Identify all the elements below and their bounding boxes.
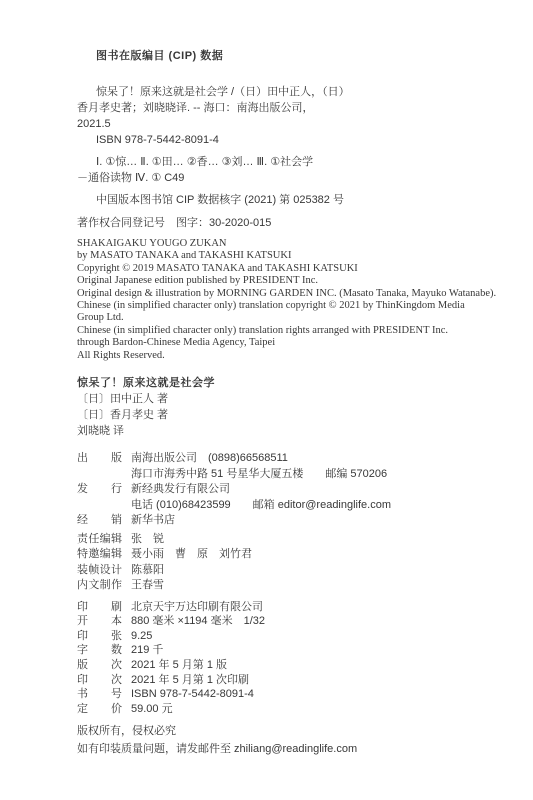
print-spec-row: 版次 2021 年 5 月第 1 版 xyxy=(77,658,515,673)
staff-value: 张 锐 xyxy=(131,532,164,548)
publisher-label: 出版 xyxy=(77,451,122,467)
print-spec-label: 版次 xyxy=(77,658,122,673)
book-colophon-page: 图书在版编目 (CIP) 数据 惊呆了！原来这就是社会学 /（日）田中正人，（日… xyxy=(0,0,533,800)
print-spec-value: 59.00 元 xyxy=(131,702,173,717)
print-spec-row: 印次 2021 年 5 月第 1 次印刷 xyxy=(77,673,515,688)
cip-heading: 图书在版编目 (CIP) 数据 xyxy=(77,48,515,64)
copyright-line: All Rights Reserved. xyxy=(77,350,515,362)
author-line: 〔日〕香月孝史 著 xyxy=(77,407,515,423)
title-block: 惊呆了！原来这就是社会学 〔日〕田中正人 著 〔日〕香月孝史 著 刘晓晓 译 xyxy=(77,375,515,439)
staff-value: 聂小雨 曹 原 刘竹君 xyxy=(131,547,252,563)
staff-row: 特邀编辑 聂小雨 曹 原 刘竹君 xyxy=(77,547,515,563)
cip-classification-line: Ⅰ. ①惊… Ⅱ. ①田… ②香… ③刘… Ⅲ. ①社会学 xyxy=(77,154,515,170)
cip-isbn-line: ISBN 978-7-5442-8091-4 xyxy=(77,132,515,148)
print-spec-value: 9.25 xyxy=(131,629,152,644)
publication-block: 出版 南海出版公司 (0898)66568511 海口市海秀中路 51 号星华大… xyxy=(77,451,515,529)
copyright-line: Original Japanese edition published by P… xyxy=(77,275,515,287)
print-spec-label: 书号 xyxy=(77,687,122,702)
staff-row: 内文制作 王春雪 xyxy=(77,578,515,594)
print-spec-row: 印刷 北京天宇万达印刷有限公司 xyxy=(77,600,515,615)
distributor-label: 发行 xyxy=(77,482,122,498)
copyright-line: Copyright © 2019 MASATO TANAKA and TAKAS… xyxy=(77,263,515,275)
staff-label: 特邀编辑 xyxy=(77,547,122,563)
cip-classification: Ⅰ. ①惊… Ⅱ. ①田… ②香… ③刘… Ⅲ. ①社会学 －通俗读物 Ⅳ. ①… xyxy=(77,154,515,186)
print-spec-value: 2021 年 5 月第 1 版 xyxy=(131,658,227,673)
copyright-line: Chinese (in simplified character only) t… xyxy=(77,325,515,337)
translator-line: 刘晓晓 译 xyxy=(77,423,515,439)
cip-entry-line: 2021.5 xyxy=(77,116,515,132)
publisher-row: 出版 南海出版公司 (0898)66568511 xyxy=(77,451,515,467)
cip-number-line: 中国版本图书馆 CIP 数据核字 (2021) 第 025382 号 xyxy=(77,192,515,208)
staff-label: 内文制作 xyxy=(77,578,122,594)
print-spec-value: ISBN 978-7-5442-8091-4 xyxy=(131,687,254,702)
print-spec-label: 印张 xyxy=(77,629,122,644)
book-title: 惊呆了！原来这就是社会学 xyxy=(77,375,515,391)
print-spec-row: 定价 59.00 元 xyxy=(77,702,515,717)
staff-label: 装帧设计 xyxy=(77,563,122,579)
print-spec-label: 定价 xyxy=(77,702,122,717)
quality-contact-line: 如有印装质量问题，请发邮件至 zhiliang@readinglife.com xyxy=(77,741,515,759)
copyright-line: SHAKAIGAKU YOUGO ZUKAN xyxy=(77,238,515,250)
print-spec-value: 880 毫米 ×1194 毫米 1/32 xyxy=(131,614,265,629)
print-spec-label: 印次 xyxy=(77,673,122,688)
publisher-value: 南海出版公司 (0898)66568511 xyxy=(131,451,288,467)
print-spec-label: 字数 xyxy=(77,643,122,658)
footer-block: 版权所有，侵权必究 如有印装质量问题，请发邮件至 zhiliang@readin… xyxy=(77,723,515,758)
retailer-label: 经销 xyxy=(77,513,122,529)
cip-classification-line: －通俗读物 Ⅳ. ① C49 xyxy=(77,170,515,186)
cip-entry: 惊呆了！原来这就是社会学 /（日）田中正人，（日） 香月孝史著；刘晓晓译. --… xyxy=(77,84,515,148)
print-spec-value: 2021 年 5 月第 1 次印刷 xyxy=(131,673,249,688)
retailer-row: 经销 新华书店 xyxy=(77,513,515,529)
print-spec-row: 字数 219 千 xyxy=(77,643,515,658)
cip-entry-line: 惊呆了！原来这就是社会学 /（日）田中正人，（日） xyxy=(77,84,515,100)
english-copyright-block: SHAKAIGAKU YOUGO ZUKAN by MASATO TANAKA … xyxy=(77,238,515,362)
print-spec-row: 开本 880 毫米 ×1194 毫米 1/32 xyxy=(77,614,515,629)
copyright-registration-line: 著作权合同登记号 图字：30-2020-015 xyxy=(77,215,515,231)
staff-value: 王春雪 xyxy=(131,578,164,594)
print-spec-row: 书号 ISBN 978-7-5442-8091-4 xyxy=(77,687,515,702)
staff-block: 责任编辑 张 锐 特邀编辑 聂小雨 曹 原 刘竹君 装帧设计 陈慕阳 内文制作 … xyxy=(77,532,515,594)
copyright-line: through Bardon-Chinese Media Agency, Tai… xyxy=(77,337,515,349)
retailer-value: 新华书店 xyxy=(131,513,175,529)
author-line: 〔日〕田中正人 著 xyxy=(77,391,515,407)
print-spec-row: 印张 9.25 xyxy=(77,629,515,644)
copyright-notice: 版权所有，侵权必究 xyxy=(77,723,515,741)
print-spec-value: 北京天宇万达印刷有限公司 xyxy=(131,600,263,615)
copyright-line: Group Ltd. xyxy=(77,312,515,324)
staff-row: 责任编辑 张 锐 xyxy=(77,532,515,548)
distributor-contact: 电话 (010)68423599 邮箱 editor@readinglife.c… xyxy=(77,498,515,514)
staff-value: 陈慕阳 xyxy=(131,563,164,579)
distributor-row: 发行 新经典发行有限公司 xyxy=(77,482,515,498)
copyright-line: Original design & illustration by MORNIN… xyxy=(77,288,515,300)
print-spec-block: 印刷 北京天宇万达印刷有限公司 开本 880 毫米 ×1194 毫米 1/32 … xyxy=(77,600,515,717)
cip-entry-line: 香月孝史著；刘晓晓译. -- 海口：南海出版公司， xyxy=(77,100,515,116)
staff-label: 责任编辑 xyxy=(77,532,122,548)
print-spec-label: 印刷 xyxy=(77,600,122,615)
print-spec-value: 219 千 xyxy=(131,643,163,658)
print-spec-label: 开本 xyxy=(77,614,122,629)
staff-row: 装帧设计 陈慕阳 xyxy=(77,563,515,579)
copyright-line: Chinese (in simplified character only) t… xyxy=(77,300,515,312)
publisher-address: 海口市海秀中路 51 号星华大厦五楼 邮编 570206 xyxy=(77,467,515,483)
distributor-value: 新经典发行有限公司 xyxy=(131,482,230,498)
copyright-line: by MASATO TANAKA and TAKASHI KATSUKI xyxy=(77,250,515,262)
